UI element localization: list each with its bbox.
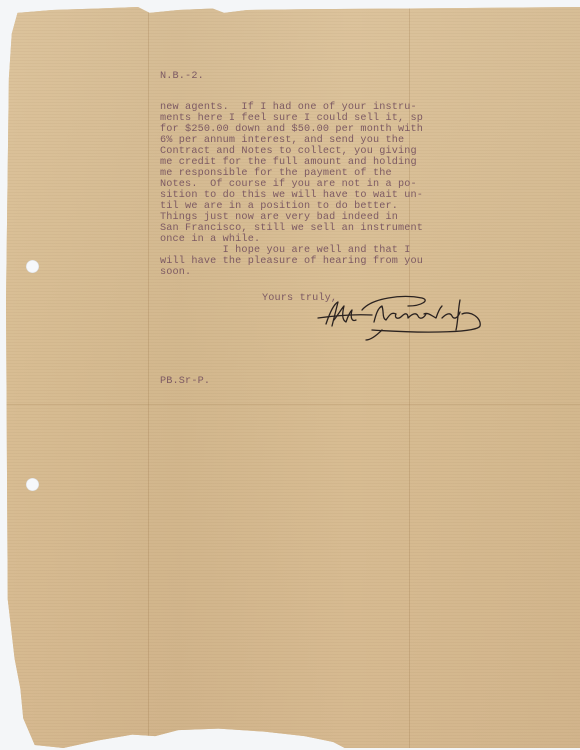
signature-image [312, 292, 492, 344]
punch-hole [26, 478, 39, 491]
body-line: soon. [160, 268, 191, 279]
fold-crease-horizontal [6, 404, 580, 405]
fold-crease-vertical [148, 4, 149, 748]
typist-initials: PB.Sr-P. [160, 377, 210, 388]
punch-hole [26, 260, 39, 273]
page-reference: N.B.-2. [160, 72, 204, 83]
body-line: will have the pleasure of hearing from y… [160, 257, 423, 268]
